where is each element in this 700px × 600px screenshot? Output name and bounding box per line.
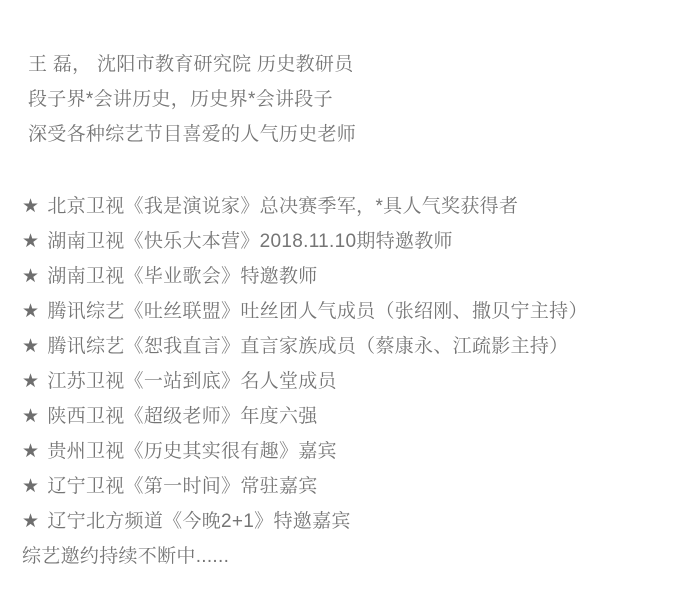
list-item: ★辽宁卫视《第一时间》常驻嘉宾 <box>22 469 690 504</box>
star-icon: ★ <box>22 259 39 294</box>
list-item-text: 辽宁卫视《第一时间》常驻嘉宾 <box>47 476 317 497</box>
intro-line-description: 深受各种综艺节目喜爱的人气历史老师 <box>28 117 690 152</box>
star-icon: ★ <box>22 434 39 469</box>
list-item: ★辽宁北方频道《今晚2+1》特邀嘉宾 <box>22 504 690 539</box>
intro-paragraph: 王 磊， 沈阳市教育研究院 历史教研员 段子界*会讲历史，历史界*会讲段子 深受… <box>22 47 690 152</box>
achievement-list: ★北京卫视《我是演说家》总决赛季军，*具人气奖获得者 ★湖南卫视《快乐大本营》2… <box>22 189 690 539</box>
list-item: ★湖南卫视《快乐大本营》2018.11.10期特邀教师 <box>22 224 690 259</box>
list-item: ★北京卫视《我是演说家》总决赛季军，*具人气奖获得者 <box>22 189 690 224</box>
profile-document: 王 磊， 沈阳市教育研究院 历史教研员 段子界*会讲历史，历史界*会讲段子 深受… <box>0 0 700 574</box>
footer-line: 综艺邀约持续不断中...... <box>22 539 690 574</box>
list-item-text: 湖南卫视《快乐大本营》2018.11.10期特邀教师 <box>47 231 452 252</box>
list-item: ★江苏卫视《一站到底》名人堂成员 <box>22 364 690 399</box>
star-icon: ★ <box>22 189 39 224</box>
intro-line-name-title: 王 磊， 沈阳市教育研究院 历史教研员 <box>28 47 690 82</box>
list-item-text: 贵州卫视《历史其实很有趣》嘉宾 <box>47 441 337 462</box>
list-item-text: 腾讯综艺《吐丝联盟》吐丝团人气成员（张绍刚、撒贝宁主持） <box>47 301 587 322</box>
paragraph-gap <box>22 152 690 189</box>
star-icon: ★ <box>22 504 39 539</box>
star-icon: ★ <box>22 399 39 434</box>
list-item: ★陕西卫视《超级老师》年度六强 <box>22 399 690 434</box>
list-item: ★腾讯综艺《吐丝联盟》吐丝团人气成员（张绍刚、撒贝宁主持） <box>22 294 690 329</box>
star-icon: ★ <box>22 364 39 399</box>
star-icon: ★ <box>22 329 39 364</box>
star-icon: ★ <box>22 469 39 504</box>
list-item-text: 江苏卫视《一站到底》名人堂成员 <box>47 371 337 392</box>
star-icon: ★ <box>22 294 39 329</box>
list-item-text: 辽宁北方频道《今晚2+1》特邀嘉宾 <box>47 511 350 532</box>
list-item-text: 北京卫视《我是演说家》总决赛季军，*具人气奖获得者 <box>47 196 518 217</box>
list-item: ★腾讯综艺《恕我直言》直言家族成员（蔡康永、江疏影主持） <box>22 329 690 364</box>
list-item-text: 湖南卫视《毕业歌会》特邀教师 <box>47 266 317 287</box>
intro-line-tagline: 段子界*会讲历史，历史界*会讲段子 <box>28 82 690 117</box>
star-icon: ★ <box>22 224 39 259</box>
list-item-text: 腾讯综艺《恕我直言》直言家族成员（蔡康永、江疏影主持） <box>47 336 568 357</box>
list-item: ★湖南卫视《毕业歌会》特邀教师 <box>22 259 690 294</box>
list-item-text: 陕西卫视《超级老师》年度六强 <box>47 406 317 427</box>
list-item: ★贵州卫视《历史其实很有趣》嘉宾 <box>22 434 690 469</box>
